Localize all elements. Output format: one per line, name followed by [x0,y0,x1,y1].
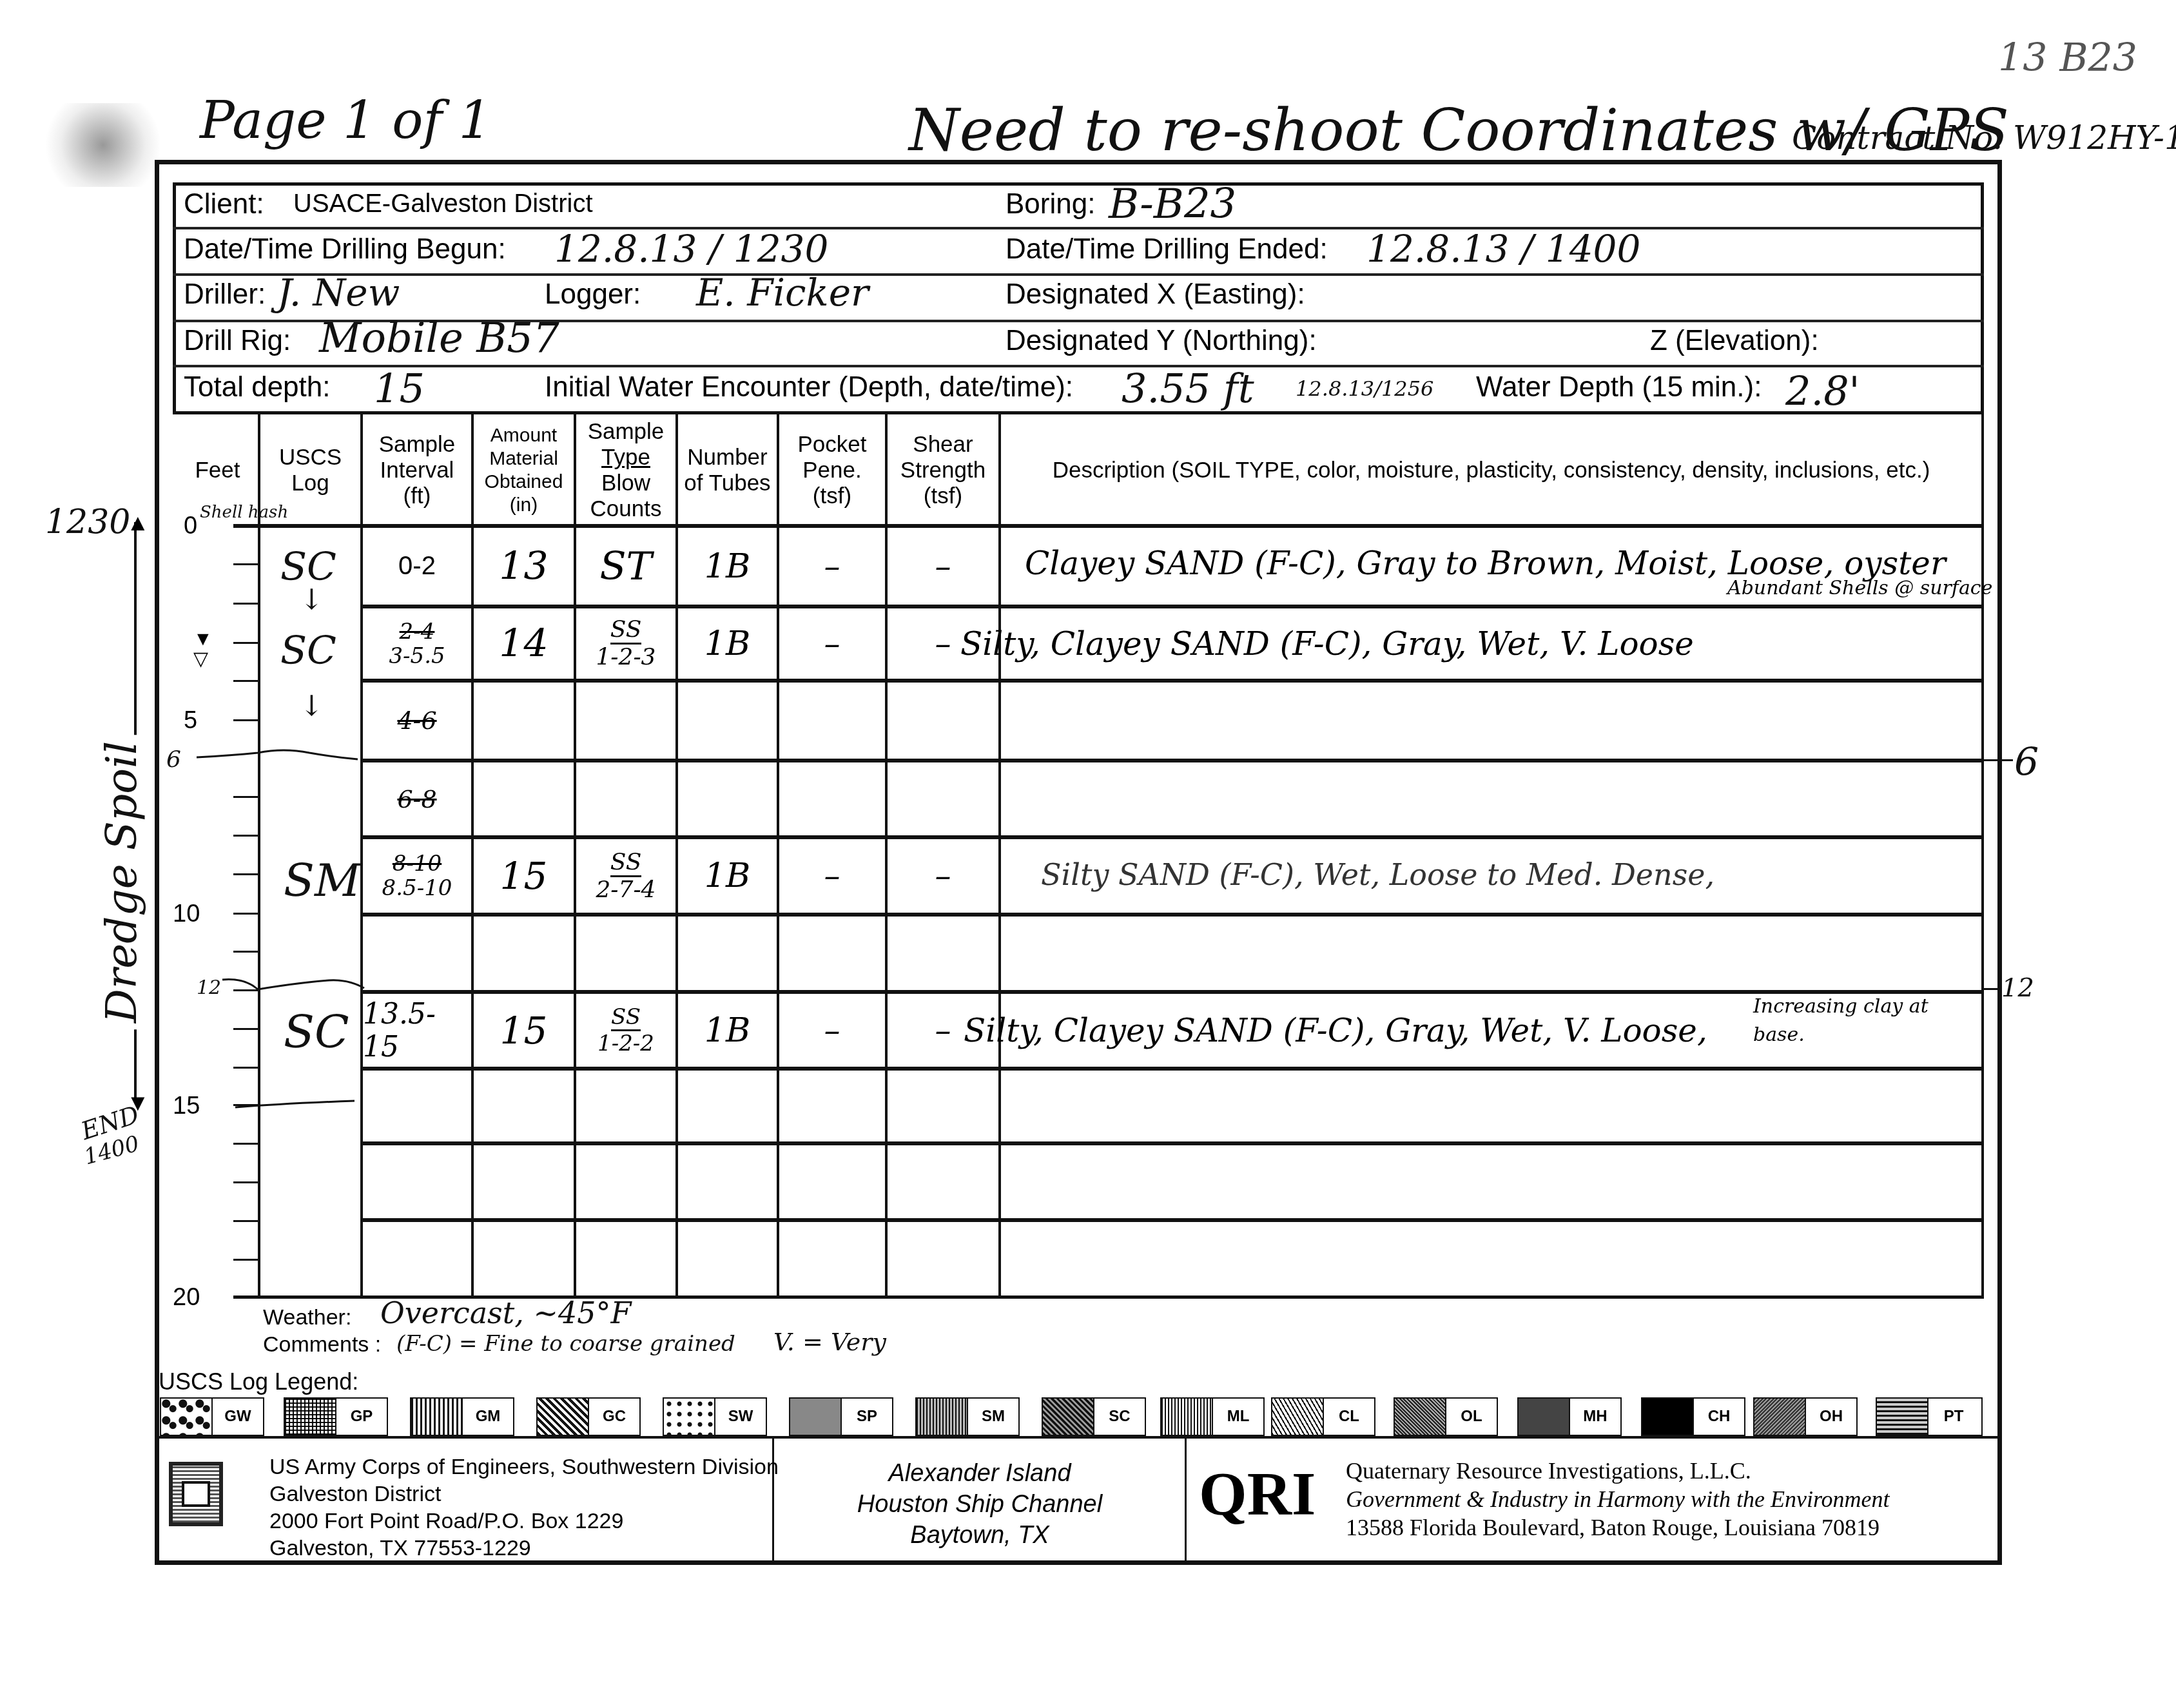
right-mark-line [1984,988,2000,990]
tubes-value: 1B [704,625,750,663]
layer-boundary-12ft [219,970,367,996]
legend-ml: ML [1160,1397,1265,1436]
divider [173,227,1984,229]
left-mark-12: 12 [197,976,221,999]
legend-gm: GM [410,1397,514,1436]
legend-ol: OL [1394,1397,1498,1436]
col-header-text: Pene. [802,458,861,483]
elevation-label: Z (Elevation): [1650,325,1819,357]
major-tick [233,913,259,915]
col-header-amount: Amount Material Obtained (in) [474,418,574,523]
pocket-cell: – [779,839,885,913]
pocket-cell: – [779,528,885,605]
interval-cell: 4-6 [363,683,471,759]
col-header-text: Blow [601,471,650,496]
amount-value: 14 [499,621,548,666]
legend-sw: SW [663,1397,767,1436]
legend-code: PT [1927,1399,1979,1435]
tubes-value: 1B [704,547,750,586]
shear-value: – [935,625,951,663]
feet-tick-5: 5 [184,707,197,735]
description-text: Silty, Clayey SAND (F-C), Gray, Wet, V. … [960,625,1694,663]
feet-tick-10: 10 [173,900,200,928]
pattern-gravel-icon [161,1399,211,1435]
interval-cell: 6-8 [363,762,471,835]
feet-tick-15: 15 [173,1092,200,1120]
scan-smudge [39,103,168,187]
footer-divider [1185,1439,1187,1562]
col-header-text: USCS [279,445,342,471]
qri-name: Quaternary Resource Investigations, L.L.… [1346,1457,1890,1485]
minor-tick [233,563,259,565]
tubes-value: 1B [704,857,750,895]
interval-cell: 0-2 [363,528,471,605]
pattern-hatch-icon [1272,1399,1323,1435]
minor-tick [233,680,259,682]
footer-top-border [155,1436,2002,1439]
drilling-ended-label: Date/Time Drilling Ended: [1005,233,1328,266]
sample-type-cell: ST [576,528,675,605]
col-divider [998,414,1001,1297]
minor-tick [233,1181,259,1183]
legend-code: OH [1805,1399,1856,1435]
amount-value: 15 [500,854,548,898]
col-header-text: Number [687,445,767,471]
usace-address: US Army Corps of Engineers, Southwestern… [269,1453,779,1576]
boring-value: B-B23 [1109,180,1236,228]
sample-type-value: SS [611,1005,641,1031]
driller-label: Driller: [184,278,266,311]
divider [173,365,1984,367]
site-channel: Houston Ship Channel [775,1489,1185,1520]
minor-tick [233,1259,259,1261]
col-header-text: Type [601,445,650,471]
shear-value: – [935,548,951,585]
interval-value: 0-2 [398,552,436,581]
row-divider [360,1218,1984,1222]
shear-cell: – [888,839,998,913]
pocket-value: – [824,857,840,895]
total-depth-value: 15 [374,365,425,412]
col-divider [258,414,260,1297]
col-header-shear-strength: Shear Strength (tsf) [888,418,998,523]
pattern-dots-icon [285,1399,335,1435]
sample-type-value: SS [610,849,642,877]
pocket-value: – [824,625,840,663]
legend-code: GM [461,1399,513,1435]
start-time-note: 1230 [45,503,130,541]
col-header-text: Interval [380,458,454,483]
drilling-begun-value: 12.8.13 / 1230 [554,227,828,271]
driller-value: J. New [277,271,400,315]
blow-counts-value: 2-7-4 [596,877,656,903]
legend-code: CH [1693,1399,1744,1435]
row-divider [360,759,1984,762]
interval-value: 8.5-10 [382,876,452,900]
legend-sp: SP [789,1397,893,1436]
right-mark-6: 6 [2014,740,2039,785]
tubes-cell: 1B [678,839,777,913]
client-value: USACE-Galveston District [293,189,593,218]
sample-type-cell: SS 1-2-3 [576,608,675,679]
tubes-value: 1B [704,1011,750,1050]
description-text: Silty SAND (F-C), Wet, Loose to Med. Den… [1041,857,1715,892]
drilling-begun-label: Date/Time Drilling Begun: [184,233,506,266]
pattern-vertical-icon [411,1399,461,1435]
col-header-text: Pocket [798,432,867,458]
col-header-text: Log [291,471,329,496]
pattern-diagonal-icon [538,1399,588,1435]
minor-tick [233,835,259,837]
usace-castle-logo-icon [169,1462,223,1526]
row-divider [360,1067,1984,1071]
uscs-log-entry: SC [280,628,336,674]
layer-boundary-15ft [232,1096,361,1115]
legend-code: GP [335,1399,387,1435]
pocket-value: – [824,1012,840,1049]
minor-tick [233,796,259,798]
uscs-down-arrow-icon: ↓ [300,583,324,616]
pattern-sparse-dots-icon [664,1399,714,1435]
sample-type-cell: SS 2-7-4 [576,839,675,913]
right-mark-line [1984,759,2013,761]
minor-tick [233,603,259,605]
legend-sm: SM [915,1397,1020,1436]
legend-code: SC [1093,1399,1145,1435]
qri-tagline: Government & Industry in Harmony with th… [1346,1485,1890,1513]
legend-gc: GC [536,1397,641,1436]
right-mark-12: 12 [2001,973,2034,1003]
qri-address: 13588 Florida Boulevard, Baton Rouge, Lo… [1346,1513,1890,1542]
interval-struck-value: 4-6 [397,706,436,735]
easting-label: Designated X (Easting): [1005,278,1305,311]
logger-label: Logger: [545,278,641,311]
legend-code: OL [1445,1399,1497,1435]
sample-type-value: SS [610,617,642,645]
usace-street: 2000 Fort Point Road/P.O. Box 1229 [269,1508,779,1535]
description-text-continued: Increasing clay at base. [1753,993,1953,1049]
boring-label: Boring: [1005,188,1095,220]
legend-mh: MH [1517,1397,1622,1436]
col-header-text: Strength [900,458,986,483]
pattern-vertical-dense-icon [917,1399,967,1435]
col-header-tubes: Number of Tubes [678,418,777,523]
pattern-diagonal-dense-icon [1043,1399,1093,1435]
water-15min-value: 2.8' [1785,367,1860,414]
legend-code: CL [1323,1399,1374,1435]
drill-rig-value: Mobile B57 [319,315,559,362]
description-text-continued: Abundant Shells @ surface [1727,577,1992,599]
uscs-down-arrow-icon: ↓ [300,690,324,723]
pattern-stipple-icon [790,1399,840,1435]
feet-tick-0: 0 [184,512,197,540]
minor-tick [233,951,259,953]
comments-label: Comments : [263,1332,381,1357]
minor-tick [233,1220,259,1222]
col-header-text: (in) [510,494,538,517]
minor-tick [233,1143,259,1145]
bracket-up-arrow-icon: ▲ [126,509,150,536]
col-header-pocket-pene: Pocket Pene. (tsf) [779,418,885,523]
blow-counts-value: 1-2-3 [596,645,656,670]
pattern-mottled-icon [1754,1399,1805,1435]
weather-value: Overcast, ~45°F [380,1296,631,1330]
water-level-initial-icon: ▼ [193,628,213,650]
logger-value: E. Ficker [696,271,869,315]
legend-code: GC [588,1399,639,1435]
sample-type-value: ST [599,544,652,589]
interval-cell: 2-4 3-5.5 [363,608,471,679]
description-text: Silty, Clayey SAND (F-C), Gray, Wet, V. … [964,1012,1707,1049]
col-header-text: Material [489,447,558,471]
corner-boring-id: 13 B23 [1998,35,2137,81]
legend-ch: CH [1641,1397,1745,1436]
pattern-horizontal-icon [1877,1399,1927,1435]
col-header-text: (tsf) [813,483,851,509]
water-15min-label: Water Depth (15 min.): [1476,371,1762,403]
pattern-solid-icon [1642,1399,1693,1435]
col-header-text: Sample [379,432,456,458]
initial-water-depth: 3.55 ft [1122,365,1254,412]
minor-tick [233,642,259,644]
interval-struck-value: 6-8 [397,785,436,813]
weather-label: Weather: [263,1305,351,1330]
initial-water-datetime: 12.8.13/1256 [1296,376,1433,401]
legend-cl: CL [1271,1397,1375,1436]
major-tick [233,719,259,721]
usace-city: Galveston, TX 77553-1229 [269,1535,779,1562]
qri-logo: QRI [1199,1462,1316,1526]
amount-cell: 15 [474,994,574,1067]
amount-value: 13 [499,544,548,589]
drilling-ended-value: 12.8.13 / 1400 [1366,227,1640,271]
legend-code: GW [211,1399,263,1435]
interval-struck-value: 8-10 [393,851,442,876]
usace-district: Galveston District [269,1480,779,1508]
col-header-text: Amount [491,424,557,447]
col-header-text: (ft) [403,483,431,509]
northing-label: Designated Y (Northing): [1005,325,1317,357]
divider [173,273,1984,276]
interval-cell: 13.5-15 [363,994,471,1067]
col-divider [1981,414,1984,1297]
usace-name: US Army Corps of Engineers, Southwestern… [269,1453,779,1480]
comments-value-2: V. = Very [773,1328,886,1356]
col-header-text: Description (SOIL TYPE, color, moisture,… [1053,458,1930,483]
row-divider [360,679,1984,683]
uscs-log-entry: SC [284,1005,349,1058]
site-location: Alexander Island Houston Ship Channel Ba… [775,1458,1185,1580]
col-header-sample-type: Sample Type Blow Counts [576,418,675,523]
left-mark-6: 6 [166,746,181,773]
pattern-crosshatch-icon [1395,1399,1445,1435]
dredge-spoil-note: Dredge Spoil [97,735,146,1029]
col-header-text: Shear [913,432,973,458]
minor-tick [233,873,259,875]
legend-pt: PT [1876,1397,1983,1436]
col-header-text: Counts [590,496,662,522]
page-number-note: Page 1 of 1 [200,90,491,150]
row-divider [360,1141,1984,1145]
col-header-text: Sample [588,419,665,445]
legend-sc: SC [1042,1397,1146,1436]
legend-code: SM [967,1399,1018,1435]
col-header-interval: Sample Interval (ft) [363,418,471,523]
site-name: Alexander Island [775,1458,1185,1489]
blow-counts-value: 1-2-2 [597,1031,654,1056]
row-divider [360,913,1984,917]
pocket-value: – [824,548,840,585]
contract-number-note: Contract No. W912HY-13-D-0016 [1792,119,2176,157]
total-depth-label: Total depth: [184,371,331,403]
layer-boundary-6ft [193,741,361,767]
pattern-dark-icon [1519,1399,1569,1435]
initial-water-label: Initial Water Encounter (Depth, date/tim… [545,371,1073,403]
interval-struck-value: 2-4 [400,619,435,644]
legend-gw: GW [160,1397,264,1436]
amount-cell: 15 [474,839,574,913]
col-header-text: (tsf) [924,483,962,509]
interval-value: 13.5-15 [363,998,471,1063]
sample-type-cell: SS 1-2-2 [576,994,675,1067]
site-city: Baytown, TX [775,1520,1185,1551]
qri-logo-text: QRI [1199,1459,1316,1528]
shear-cell: – [888,528,998,605]
legend-code: SP [840,1399,892,1435]
interval-value: 3-5.5 [389,644,445,668]
pattern-vertical-fine-icon [1161,1399,1212,1435]
uscs-log-entry: SM [284,854,361,907]
col-header-feet-text: Feet [195,458,240,483]
legend-oh: OH [1753,1397,1858,1436]
interval-cell: 8-10 8.5-10 [363,839,471,913]
water-level-stabilized-icon: ▽ [193,648,208,670]
minor-tick [233,1028,259,1030]
client-label: Client: [184,188,264,220]
col-header-text: of Tubes [684,471,770,496]
shell-hash-note: Shell hash [200,503,288,522]
tubes-cell: 1B [678,608,777,679]
col-header-description: Description (SOIL TYPE, color, moisture,… [1001,418,1981,523]
pocket-cell: – [779,608,885,679]
legend-code: ML [1212,1399,1263,1435]
amount-cell: 13 [474,528,574,605]
legend-gp: GP [284,1397,388,1436]
tubes-cell: 1B [678,994,777,1067]
qri-info: Quaternary Resource Investigations, L.L.… [1346,1457,1890,1579]
comments-value: (F-C) = Fine to coarse grained [396,1331,735,1357]
tubes-cell: 1B [678,528,777,605]
legend-code: SW [714,1399,766,1435]
shear-value: – [935,857,951,895]
drill-rig-label: Drill Rig: [184,325,291,357]
pocket-cell: – [779,994,885,1067]
col-header-text: Obtained [485,471,563,494]
feet-tick-20: 20 [173,1284,200,1312]
uscs-legend-label: USCS Log Legend: [159,1368,358,1395]
amount-value: 15 [500,1009,548,1053]
minor-tick [233,1067,259,1069]
legend-code: MH [1569,1399,1620,1435]
shear-value: – [935,1012,951,1049]
amount-cell: 14 [474,608,574,679]
